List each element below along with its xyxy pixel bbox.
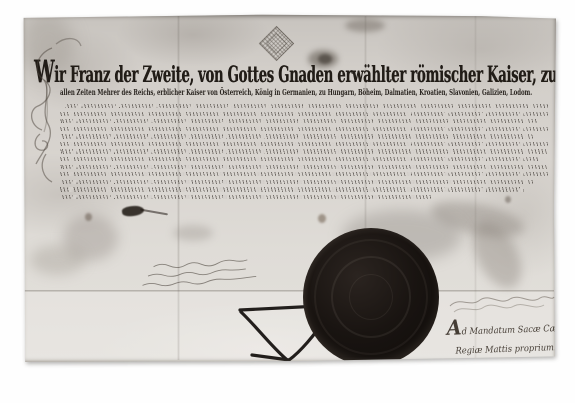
parchment-wrap: Wir Franz der Zweite, von Gottes Gnaden … (22, 14, 556, 362)
photo-background: Wir Franz der Zweite, von Gottes Gnaden … (0, 0, 575, 403)
parchment-document: Wir Franz der Zweite, von Gottes Gnaden … (22, 14, 556, 362)
parchment-edge-shading (22, 14, 556, 362)
